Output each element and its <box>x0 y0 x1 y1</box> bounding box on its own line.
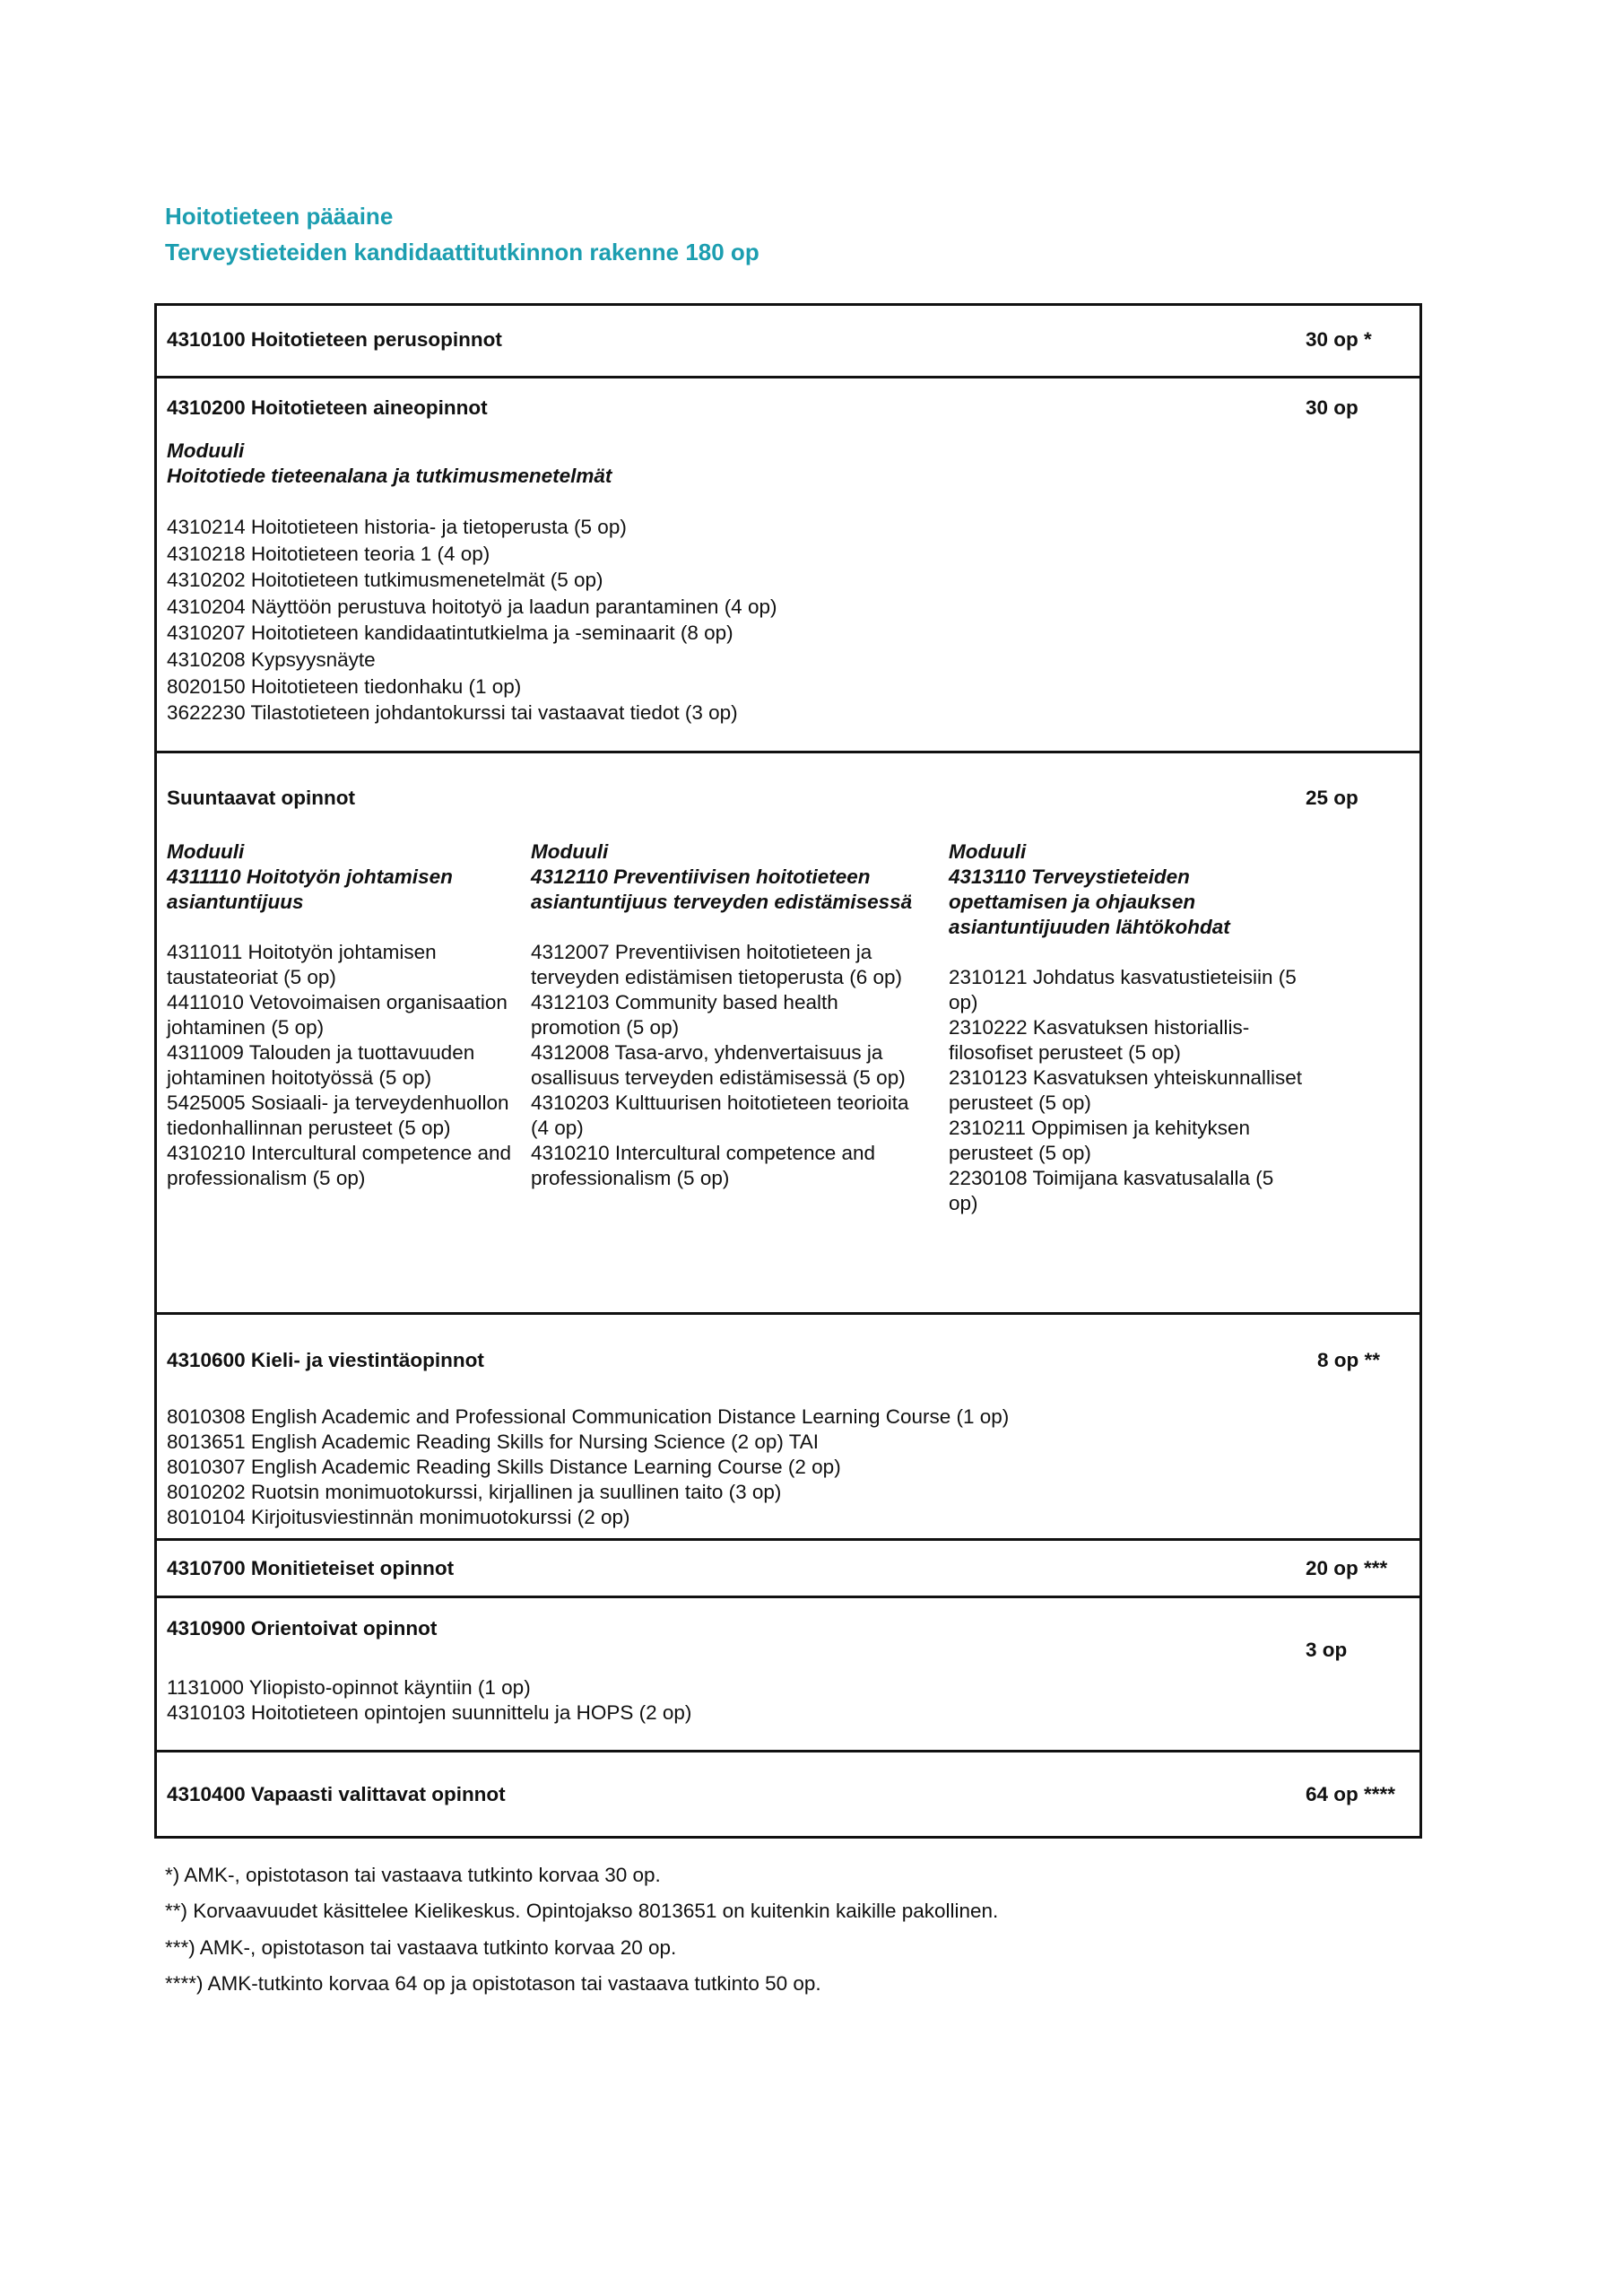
footnote-4: ****) AMK-tutkinto korvaa 64 op ja opist… <box>165 1972 821 1996</box>
course-item: 4310103 Hoitotieteen opintojen suunnitte… <box>167 1700 1285 1726</box>
course-item: 4310210 Intercultural competence and pro… <box>531 1141 925 1191</box>
course-list: 4310214 Hoitotieteen historia- ja tietop… <box>167 514 1285 726</box>
course-list: 2310121 Johdatus kasvatustieteisiin (5 o… <box>949 965 1303 1216</box>
row-heading: 4310900 Orientoivat opinnot <box>167 1617 437 1640</box>
footnote-2: **) Korvaavuudet käsittelee Kielikeskus.… <box>165 1900 998 1923</box>
row-credits: 3 op <box>1306 1639 1347 1662</box>
row-credits: 20 op *** <box>1306 1557 1387 1580</box>
row-suuntaavat: Suuntaavat opinnot 25 op Moduuli 4311110… <box>157 753 1419 1315</box>
row-credits: 30 op <box>1306 396 1358 420</box>
degree-structure-table: 4310100 Hoitotieteen perusopinnot 30 op … <box>154 303 1422 1839</box>
module-column-1: Moduuli 4311110 Hoitotyön johtamisen asi… <box>167 839 525 1191</box>
course-item: 8013651 English Academic Reading Skills … <box>167 1430 1285 1455</box>
module-name: Hoitotiede tieteenalana ja tutkimusmenet… <box>167 464 1285 489</box>
module-label: Moduuli <box>167 439 1285 464</box>
module-column-3: Moduuli 4313110 Terveystieteiden opettam… <box>949 839 1303 1216</box>
course-item: 4310203 Kulttuurisen hoitotieteen teorio… <box>531 1091 925 1141</box>
row-heading: 4310100 Hoitotieteen perusopinnot <box>167 328 502 352</box>
row-aineopinnot: 4310200 Hoitotieteen aineopinnot 30 op M… <box>157 378 1419 753</box>
course-item: 4312103 Community based health promotion… <box>531 990 925 1040</box>
course-item: 3622230 Tilastotieteen johdantokurssi ta… <box>167 700 1285 726</box>
course-item: 4310210 Intercultural competence and pro… <box>167 1141 525 1191</box>
module-column-2: Moduuli 4312110 Preventiivisen hoitotiet… <box>531 839 925 1191</box>
course-item: 4310204 Näyttöön perustuva hoitotyö ja l… <box>167 594 1285 621</box>
course-item: 8020150 Hoitotieteen tiedonhaku (1 op) <box>167 674 1285 700</box>
module-label: Moduuli <box>949 839 1303 865</box>
page-subtitle: Terveystieteiden kandidaattitutkinnon ra… <box>165 238 759 266</box>
course-item: 4311009 Talouden ja tuottavuuden johtami… <box>167 1040 525 1091</box>
course-item: 2310123 Kasvatuksen yhteiskunnalliset pe… <box>949 1065 1303 1116</box>
course-item: 1131000 Yliopisto-opinnot käyntiin (1 op… <box>167 1675 1285 1700</box>
course-item: 4310202 Hoitotieteen tutkimusmenetelmät … <box>167 567 1285 594</box>
row-heading: 4310600 Kieli- ja viestintäopinnot <box>167 1349 484 1372</box>
footnote-1: *) AMK-, opistotason tai vastaava tutkin… <box>165 1864 661 1887</box>
module-label: Moduuli <box>167 839 525 865</box>
module-name: 4313110 Terveystieteiden opettamisen ja … <box>949 865 1303 940</box>
row-perusopinnot: 4310100 Hoitotieteen perusopinnot 30 op … <box>157 306 1419 378</box>
row-monitieteiset: 4310700 Monitieteiset opinnot 20 op *** <box>157 1541 1419 1598</box>
course-list: 4312007 Preventiivisen hoitotieteen ja t… <box>531 940 925 1191</box>
row-credits: 64 op **** <box>1306 1783 1395 1806</box>
row-heading: Suuntaavat opinnot <box>167 787 355 810</box>
course-item: 4310214 Hoitotieteen historia- ja tietop… <box>167 514 1285 541</box>
course-item: 2310121 Johdatus kasvatustieteisiin (5 o… <box>949 965 1303 1015</box>
course-item: 8010202 Ruotsin monimuotokurssi, kirjall… <box>167 1480 1285 1505</box>
row-heading: 4310200 Hoitotieteen aineopinnot <box>167 396 488 420</box>
course-item: 4310218 Hoitotieteen teoria 1 (4 op) <box>167 541 1285 568</box>
course-item: 8010308 English Academic and Professiona… <box>167 1405 1285 1430</box>
course-item: 4311011 Hoitotyön johtamisen taustateori… <box>167 940 525 990</box>
row-credits: 8 op ** <box>1317 1349 1380 1372</box>
module-name: 4312110 Preventiivisen hoitotieteen asia… <box>531 865 925 915</box>
row-heading: 4310400 Vapaasti valittavat opinnot <box>167 1783 506 1806</box>
page-title: Hoitotieteen pääaine <box>165 202 393 230</box>
footnote-3: ***) AMK-, opistotason tai vastaava tutk… <box>165 1936 676 1960</box>
module-label: Moduuli <box>531 839 925 865</box>
course-item: 2310222 Kasvatuksen historiallis-filosof… <box>949 1015 1303 1065</box>
row-orientoivat: 4310900 Orientoivat opinnot 3 op 1131000… <box>157 1598 1419 1752</box>
course-item: 8010307 English Academic Reading Skills … <box>167 1455 1285 1480</box>
course-item: 4310207 Hoitotieteen kandidaatintutkielm… <box>167 620 1285 647</box>
row-credits: 30 op * <box>1306 328 1372 352</box>
course-item: 4411010 Vetovoimaisen organisaation joht… <box>167 990 525 1040</box>
row-credits: 25 op <box>1306 787 1358 810</box>
module-name: 4311110 Hoitotyön johtamisen asiantuntij… <box>167 865 525 915</box>
row-vapaasti: 4310400 Vapaasti valittavat opinnot 64 o… <box>157 1752 1419 1836</box>
module-title: Moduuli Hoitotiede tieteenalana ja tutki… <box>167 439 1285 489</box>
course-list: 8010308 English Academic and Professiona… <box>167 1405 1285 1530</box>
row-heading: 4310700 Monitieteiset opinnot <box>167 1557 454 1580</box>
course-item: 4312007 Preventiivisen hoitotieteen ja t… <box>531 940 925 990</box>
course-item: 8010104 Kirjoitusviestinnän monimuotokur… <box>167 1505 1285 1530</box>
course-list: 4311011 Hoitotyön johtamisen taustateori… <box>167 940 525 1191</box>
course-item: 4310208 Kypsyysnäyte <box>167 647 1285 674</box>
course-item: 4312008 Tasa-arvo, yhdenvertaisuus ja os… <box>531 1040 925 1091</box>
course-item: 2310211 Oppimisen ja kehityksen perustee… <box>949 1116 1303 1166</box>
course-list: 1131000 Yliopisto-opinnot käyntiin (1 op… <box>167 1675 1285 1726</box>
row-kieli: 4310600 Kieli- ja viestintäopinnot 8 op … <box>157 1315 1419 1541</box>
course-item: 5425005 Sosiaali- ja terveydenhuollon ti… <box>167 1091 525 1141</box>
course-item: 2230108 Toimijana kasvatusalalla (5 op) <box>949 1166 1303 1216</box>
